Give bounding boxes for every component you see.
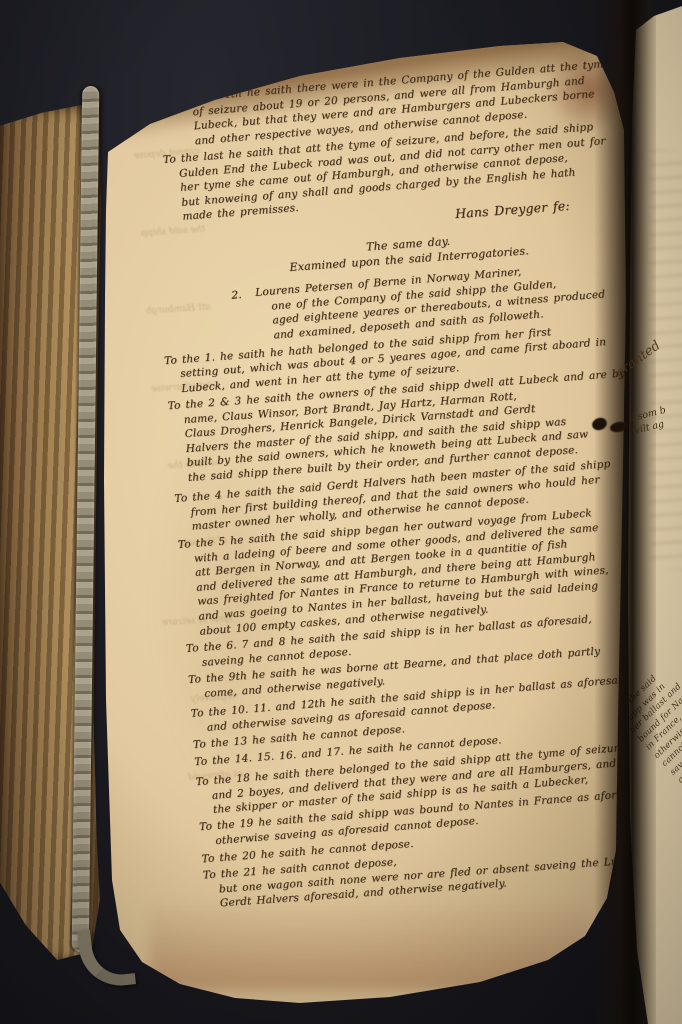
entry-number: 2. xyxy=(231,288,243,303)
manuscript-text: To the 24th he saith there were in the C… xyxy=(118,58,667,918)
left-page: cannot deposethe said shippatt Hamburgha… xyxy=(0,0,682,1024)
gutter-shadow xyxy=(594,0,656,1024)
manuscript-photo: cannot deposethe said shippatt Hamburgha… xyxy=(0,0,682,1024)
